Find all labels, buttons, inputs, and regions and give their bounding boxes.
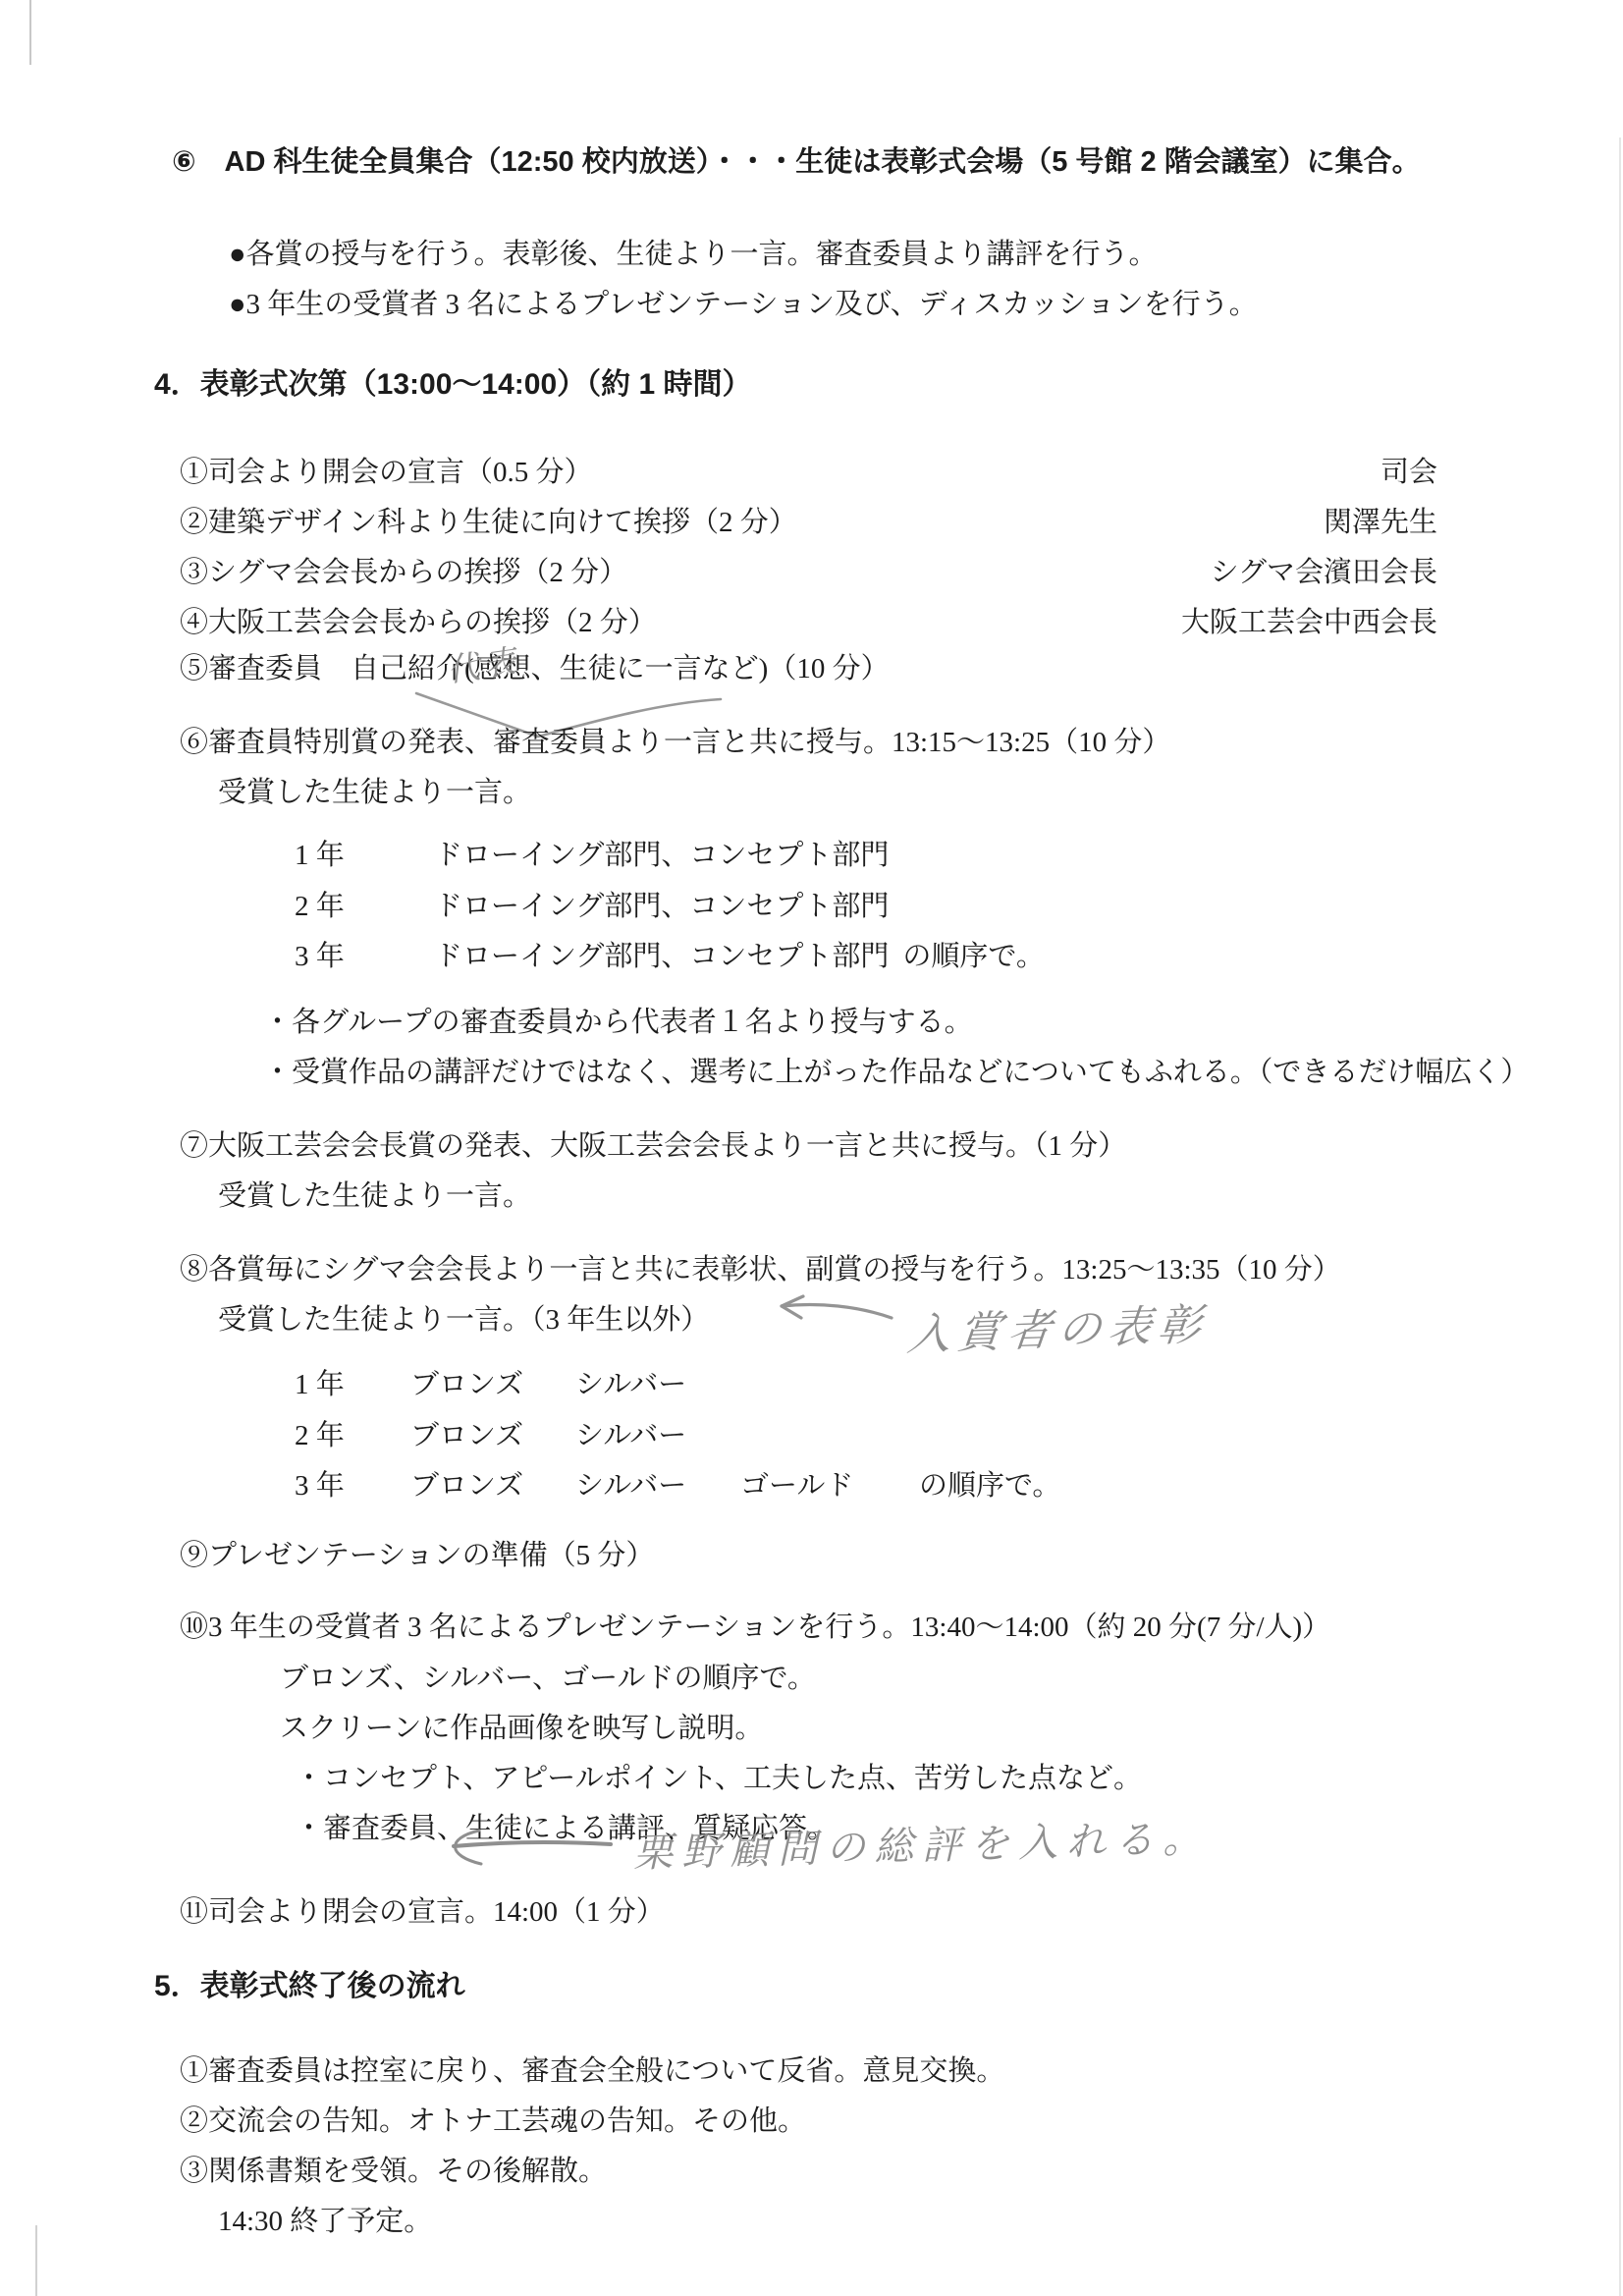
order-note: の順序で。: [902, 934, 1044, 974]
year-label: 1 年: [295, 833, 410, 873]
year-label: 3 年: [295, 934, 410, 974]
after-item: ③関係書類を受領。その後解散。: [180, 2153, 607, 2191]
award-gold: ゴールド: [740, 1463, 905, 1503]
award-row: 3 年ブロンズシルバーゴールドの順序で。: [295, 1463, 1060, 1503]
after-item: ①審査委員は控室に戻り、審査会全般について反省。意見交換。: [180, 2052, 1004, 2091]
year-label: 2 年: [295, 884, 410, 924]
handwritten-arrow-left-icon: [768, 1294, 895, 1330]
speaker-name: 大阪工芸会中西会長: [1181, 600, 1437, 640]
dept-row: 1 年ドローイング部門、コンセプト部門: [295, 833, 889, 873]
note-bullet: ・各グループの審査委員から代表者１名より授与する。: [263, 1004, 973, 1042]
agenda-item: ②建築デザイン科より生徒に向けて挨拶（2 分） 関澤先生: [180, 500, 1437, 540]
agenda-item-text: ①司会より開会の宣言（0.5 分）: [180, 457, 593, 488]
end-time-note: 14:30 終了予定。: [218, 2203, 432, 2241]
agenda-item-text: ③シグマ会会長からの挨拶（2 分）: [180, 557, 627, 588]
award-silver: シルバー: [575, 1413, 740, 1453]
scan-edge-mark-top-left: [29, 0, 31, 65]
note-bullet: ・受賞作品の講評だけではなく、選考に上がった作品などについてもふれる。（できるだ…: [263, 1054, 1529, 1092]
agenda-item: ⑪司会より閉会の宣言。14:00（1 分）: [180, 1893, 665, 1932]
agenda-item: ③シグマ会会長からの挨拶（2 分） シグマ会濱田会長: [180, 550, 1437, 590]
agenda-item: ⑥審査員特別賞の発表、審査委員より一言と共に授与。13:15～13:25（10 …: [180, 724, 1170, 762]
note-bullet: ・コンセプト、アピールポイント、工夫した点、苦労した点など。: [295, 1760, 1142, 1798]
dept-list: ドローイング部門、コンセプト部門: [434, 934, 889, 974]
year-label: 2 年: [295, 1413, 410, 1453]
speaker-name: 司会: [1380, 450, 1437, 490]
award-bronze: ブロンズ: [410, 1413, 575, 1453]
speaker-name: シグマ会濱田会長: [1211, 550, 1437, 590]
agenda-subitem: ブロンズ、シルバー、ゴールドの順序で。: [280, 1660, 816, 1698]
agenda-subitem: 受賞した生徒より一言。: [218, 774, 531, 812]
award-bronze: ブロンズ: [410, 1463, 575, 1503]
assembly-note: ●各賞の授与を行う。表彰後、生徒より一言。審査委員より講評を行う。: [229, 236, 1158, 274]
scanned-agenda-page: ⑥ AD 科生徒全員集合（12:50 校内放送）・・・生徒は表彰式会場（5 号館…: [0, 0, 1623, 2296]
agenda-subitem: 受賞した生徒より一言。（3 年生以外）: [218, 1301, 709, 1339]
dept-row: 3 年ドローイング部門、コンセプト部門の順序で。: [295, 934, 1045, 974]
dept-row: 2 年ドローイング部門、コンセプト部門: [295, 884, 889, 924]
agenda-item: ⑦大阪工芸会会長賞の発表、大阪工芸会会長より一言と共に授与。（1 分）: [180, 1127, 1126, 1166]
agenda-item: ⑨プレゼンテーションの準備（5 分）: [180, 1537, 654, 1575]
award-silver: シルバー: [575, 1362, 740, 1402]
agenda-item-text: ②建築デザイン科より生徒に向けて挨拶（2 分）: [180, 507, 797, 538]
after-item: ②交流会の告知。オトナ工芸魂の告知。その他。: [180, 2103, 806, 2141]
agenda-item: ⑧各賞毎にシグマ会会長より一言と共に表彰状、副賞の授与を行う。13:25～13:…: [180, 1251, 1341, 1289]
agenda-item: ④大阪工芸会会長からの挨拶（2 分） 大阪工芸会中西会長: [180, 600, 1437, 640]
award-bronze: ブロンズ: [410, 1362, 575, 1402]
agenda-item: ⑩3 年生の受賞者 3 名によるプレゼンテーションを行う。13:40～14:00…: [180, 1609, 1330, 1647]
assembly-item: ⑥ AD 科生徒全員集合（12:50 校内放送）・・・生徒は表彰式会場（5 号館…: [172, 143, 1421, 182]
dept-list: ドローイング部門、コンセプト部門: [434, 884, 889, 924]
scan-edge-mark-bottom-left: [35, 2225, 37, 2296]
assembly-note: ●3 年生の受賞者 3 名によるプレゼンテーション及び、ディスカッションを行う。: [229, 286, 1258, 324]
section5-heading: 5．表彰式終了後の流れ: [154, 1967, 465, 2007]
award-row: 2 年ブロンズシルバー: [295, 1413, 740, 1453]
handwritten-winners-note: 入賞者の表彰: [905, 1289, 1213, 1363]
agenda-item-text: ④大阪工芸会会長からの挨拶（2 分）: [180, 607, 657, 638]
agenda-item: ①司会より開会の宣言（0.5 分） 司会: [180, 450, 1437, 490]
section4-heading: 4．表彰式次第（13:00～14:00）（約 1 時間）: [154, 365, 752, 406]
speaker-name: 関澤先生: [1324, 500, 1437, 540]
agenda-subitem: 受賞した生徒より一言。: [218, 1177, 531, 1216]
award-row: 1 年ブロンズシルバー: [295, 1362, 740, 1402]
year-label: 1 年: [295, 1362, 410, 1402]
dept-list: ドローイング部門、コンセプト部門: [434, 833, 889, 873]
award-silver: シルバー: [575, 1463, 740, 1503]
scan-edge-line-right: [1619, 137, 1621, 2296]
order-note: の順序で。: [919, 1463, 1060, 1503]
agenda-item: ⑤審査委員 自己紹介(感想、生徒に一言など)（10 分）: [180, 650, 890, 688]
year-label: 3 年: [295, 1463, 410, 1503]
agenda-subitem: スクリーンに作品画像を映写し説明。: [280, 1710, 763, 1748]
handwritten-long-arrow-icon: [410, 1829, 619, 1870]
